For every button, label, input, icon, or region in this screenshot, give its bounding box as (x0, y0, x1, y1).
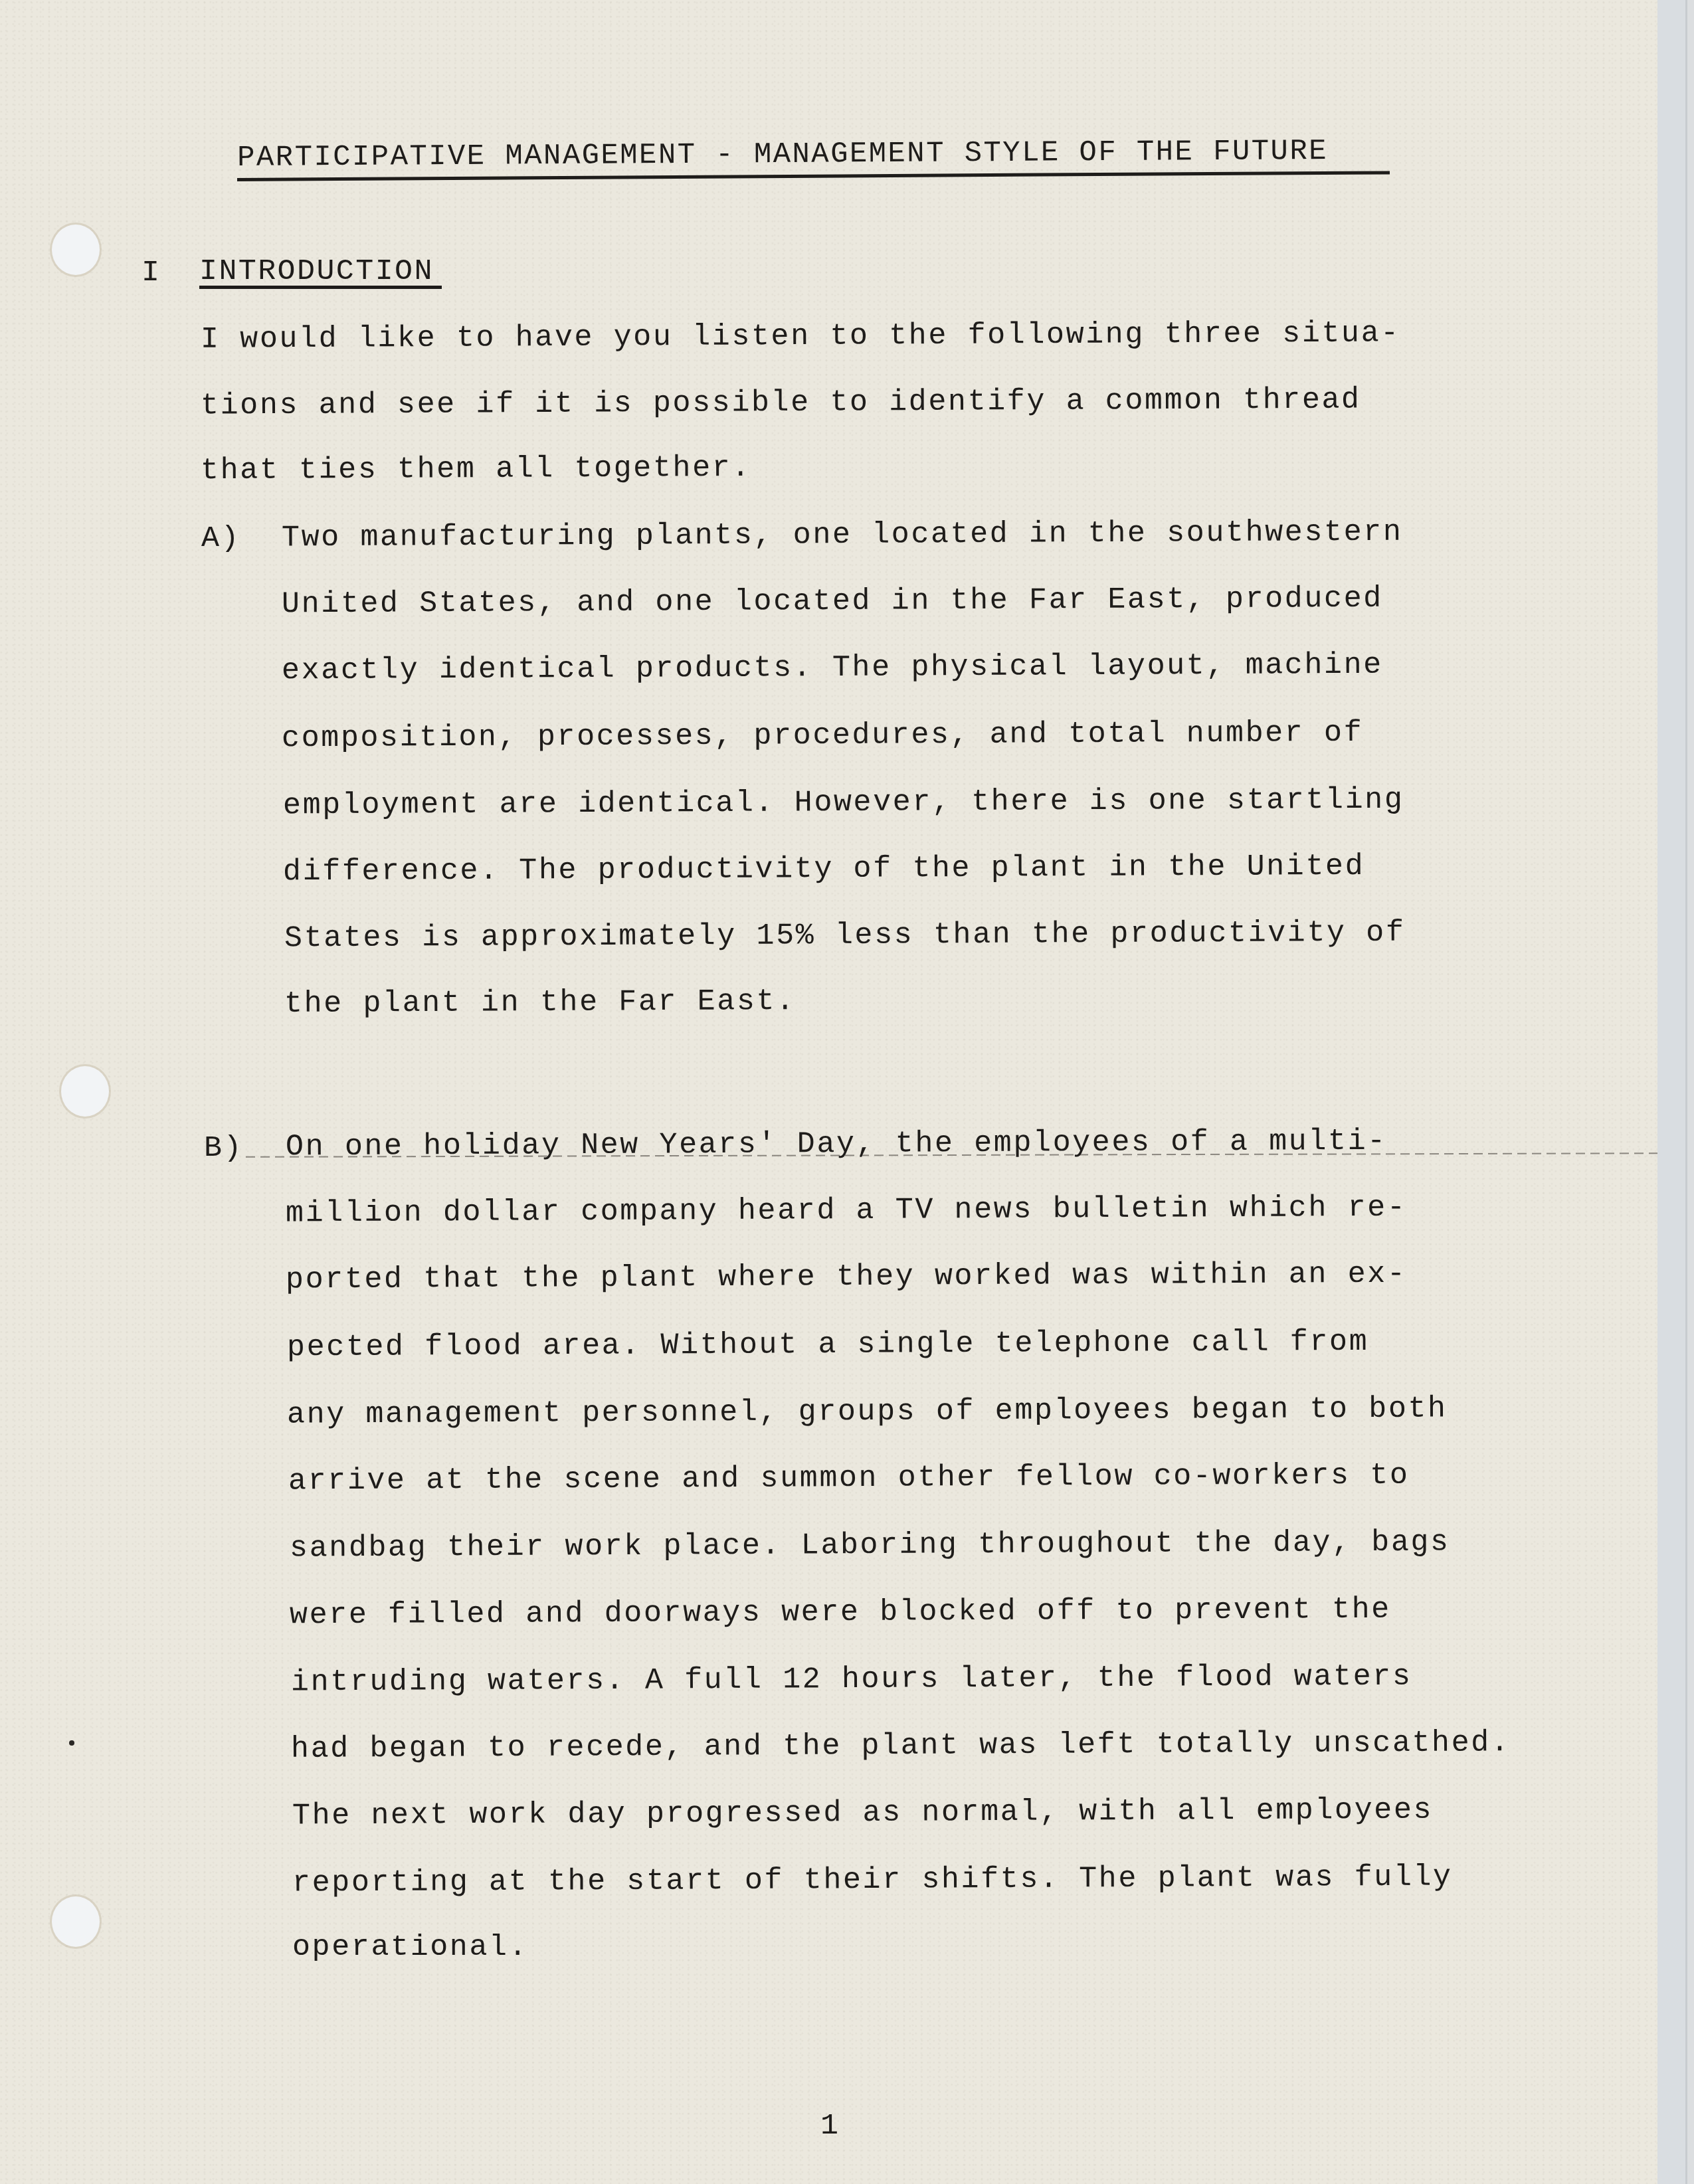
page-number: 1 (820, 2109, 838, 2143)
item-b-line: pected flood area. Without a single tele… (287, 1327, 1368, 1363)
scan-background-edge (1657, 0, 1687, 2184)
section-underline (199, 286, 442, 289)
section-heading: INTRODUCTION (199, 254, 434, 288)
item-b-line: The next work day progressed as normal, … (292, 1795, 1433, 1831)
item-b-line: reporting at the start of their shifts. … (292, 1862, 1453, 1898)
item-a-line: Two manufacturing plants, one located in… (282, 517, 1403, 553)
item-b-line: any management personnel, groups of empl… (287, 1394, 1448, 1429)
item-b-line: were filled and doorways were blocked of… (290, 1595, 1391, 1631)
item-b-line: arrive at the scene and summon other fel… (288, 1461, 1410, 1497)
paper-speck (69, 1740, 74, 1746)
item-a-line: composition, processes, procedures, and … (282, 718, 1363, 754)
intro-line: that ties them all together. (201, 453, 751, 486)
item-a-label: A) (201, 523, 240, 553)
item-b-line: had began to recede, and the plant was l… (291, 1728, 1511, 1764)
item-b-line: sandbag their work place. Laboring throu… (290, 1527, 1450, 1563)
item-b-line: On one holiday New Years' Day, the emplo… (286, 1127, 1387, 1162)
section-numeral: I (141, 256, 159, 290)
punch-hole-top (52, 225, 100, 275)
item-b-line: intruding waters. A full 12 hours later,… (291, 1662, 1412, 1698)
item-a-line: the plant in the Far East. (284, 986, 796, 1019)
item-b-line: operational. (292, 1932, 528, 1962)
item-a-line: difference. The productivity of the plan… (283, 852, 1365, 887)
item-a-line: States is approximately 15% less than th… (284, 918, 1406, 954)
document-title: PARTICIPATIVE MANAGEMENT - MANAGEMENT ST… (237, 135, 1328, 175)
item-b-line: ported that the plant where they worked … (286, 1259, 1407, 1295)
intro-line: tions and see if it is possible to ident… (201, 385, 1361, 420)
punch-hole-bottom (52, 1896, 100, 1947)
item-b-line: million dollar company heard a TV news b… (286, 1193, 1407, 1229)
item-a-line: United States, and one located in the Fa… (282, 584, 1383, 620)
item-b-label: B) (204, 1133, 243, 1163)
intro-line: I would like to have you listen to the f… (201, 318, 1400, 354)
item-a-line: exactly identical products. The physical… (282, 650, 1383, 686)
item-a-line: employment are identical. However, there… (283, 785, 1404, 821)
document-page: PARTICIPATIVE MANAGEMENT - MANAGEMENT ST… (0, 0, 1657, 2184)
punch-hole-middle (61, 1066, 109, 1117)
